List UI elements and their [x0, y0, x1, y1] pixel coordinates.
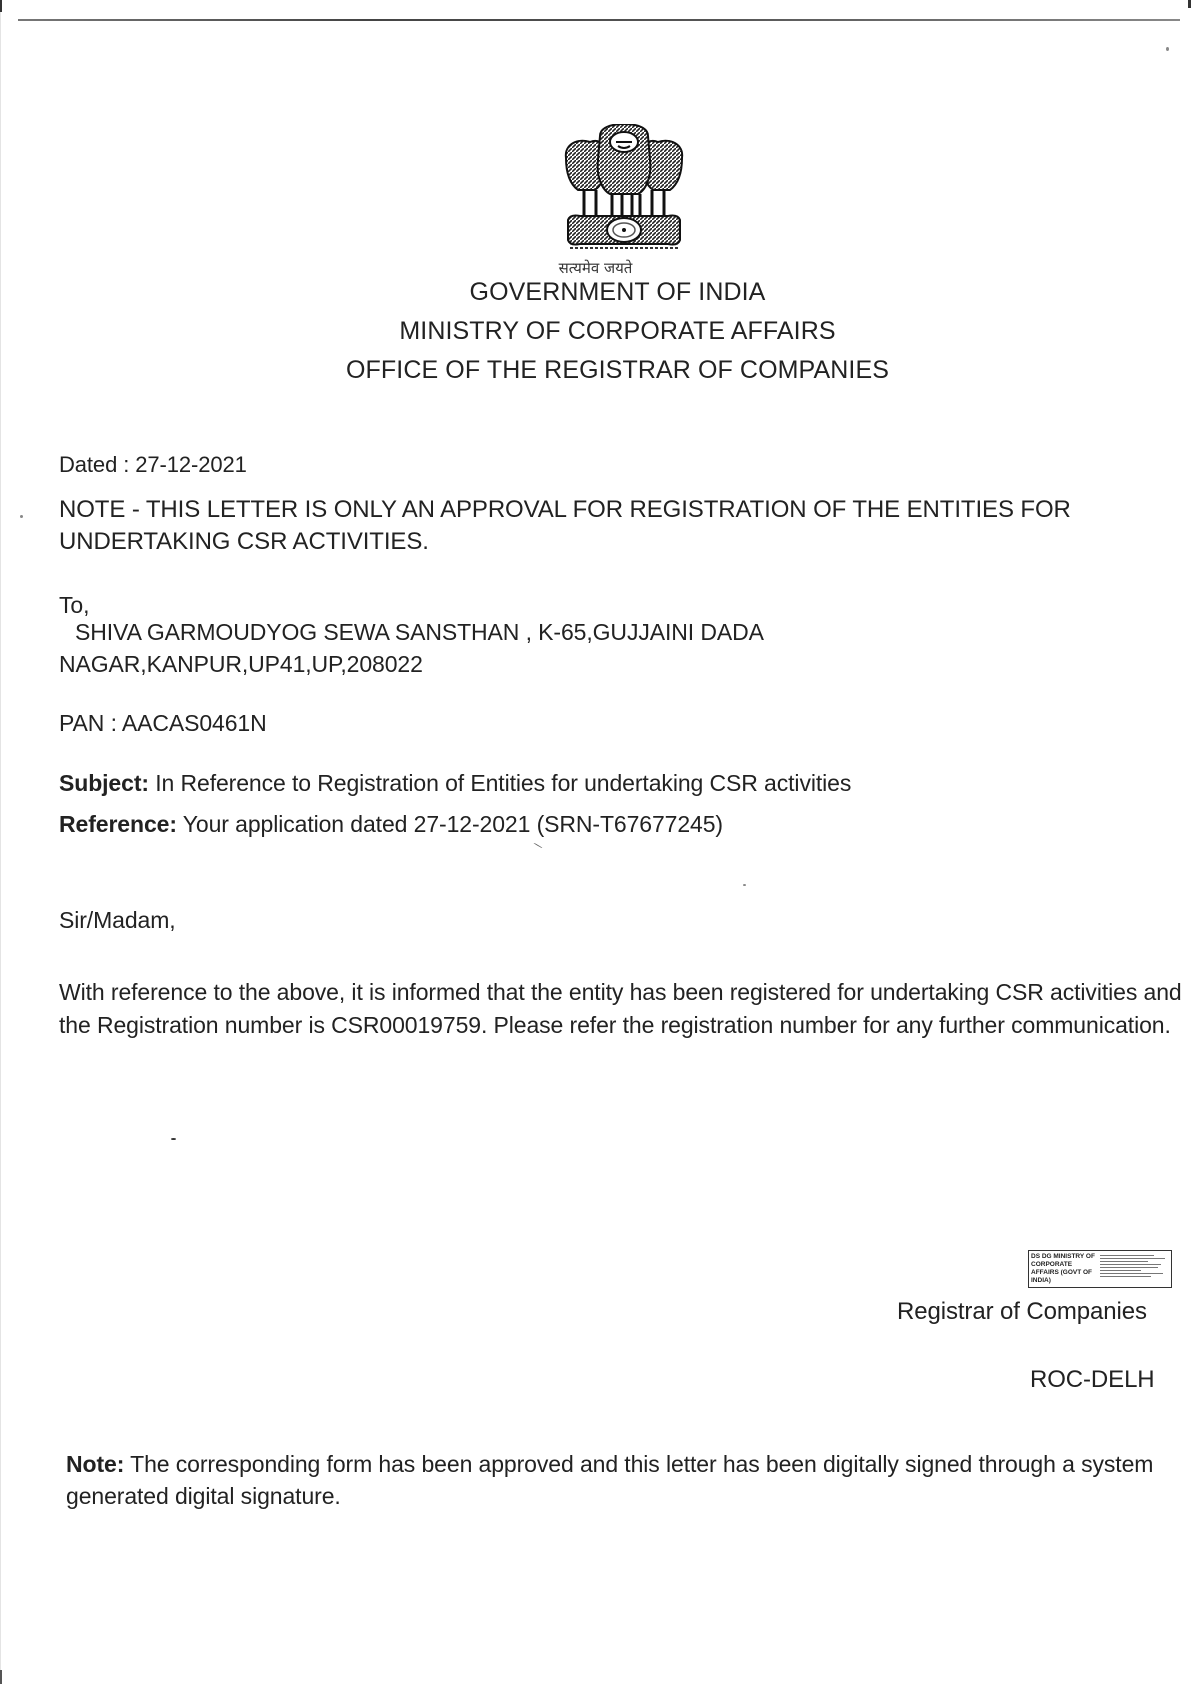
reference-text: Your application dated 27-12-2021 (SRN-T… [177, 811, 723, 837]
scan-mark [0, 1670, 2, 1684]
reference-line: Reference: Your application dated 27-12-… [59, 811, 723, 838]
reference-label: Reference: [59, 811, 177, 837]
scan-speck [743, 884, 746, 886]
footer-note-label: Note: [66, 1451, 124, 1477]
subject-label: Subject: [59, 770, 149, 796]
letter-date: Dated : 27-12-2021 [59, 452, 247, 478]
signatory-office: ROC-DELH [1030, 1366, 1155, 1394]
to-label: To, [59, 592, 89, 619]
digital-signature-stamp: DS DG MINISTRY OF CORPORATE AFFAIRS (GOV… [1028, 1250, 1172, 1288]
top-rule [18, 19, 1180, 21]
salutation: Sir/Madam, [59, 907, 176, 934]
address-line-1: SHIVA GARMOUDYOG SEWA SANSTHAN , K-65,GU… [59, 616, 1159, 648]
subject-line: Subject: In Reference to Registration of… [59, 770, 851, 797]
recipient-address: SHIVA GARMOUDYOG SEWA SANSTHAN , K-65,GU… [59, 616, 1159, 680]
signatory-designation: Registrar of Companies [897, 1298, 1191, 1326]
pan-number: PAN : AACAS0461N [59, 710, 267, 737]
scan-mark [0, 0, 2, 12]
scan-edge [0, 0, 1, 1684]
scan-speck [533, 843, 542, 849]
scan-speck [20, 515, 23, 518]
signer-name: DS DG MINISTRY OF CORPORATE AFFAIRS (GOV… [1029, 1251, 1097, 1287]
footer-note-text: The corresponding form has been approved… [66, 1451, 1153, 1509]
body-paragraph: With reference to the above, it is infor… [59, 976, 1191, 1042]
signature-details [1097, 1251, 1171, 1287]
national-emblem-icon [560, 124, 688, 258]
scan-speck [171, 1138, 176, 1140]
address-line-2: NAGAR,KANPUR,UP41,UP,208022 [59, 648, 1159, 680]
header-office: OFFICE OF THE REGISTRAR OF COMPANIES [0, 356, 1191, 385]
footer-note: Note: The corresponding form has been ap… [66, 1448, 1176, 1512]
header-government: GOVERNMENT OF INDIA [0, 278, 1191, 307]
scan-speck [1166, 47, 1169, 51]
subject-text: In Reference to Registration of Entities… [149, 770, 851, 796]
header-ministry: MINISTRY OF CORPORATE AFFAIRS [0, 317, 1191, 346]
approval-note: NOTE - THIS LETTER IS ONLY AN APPROVAL F… [59, 494, 1159, 558]
emblem-motto: सत्यमेव जयते [0, 258, 1191, 278]
